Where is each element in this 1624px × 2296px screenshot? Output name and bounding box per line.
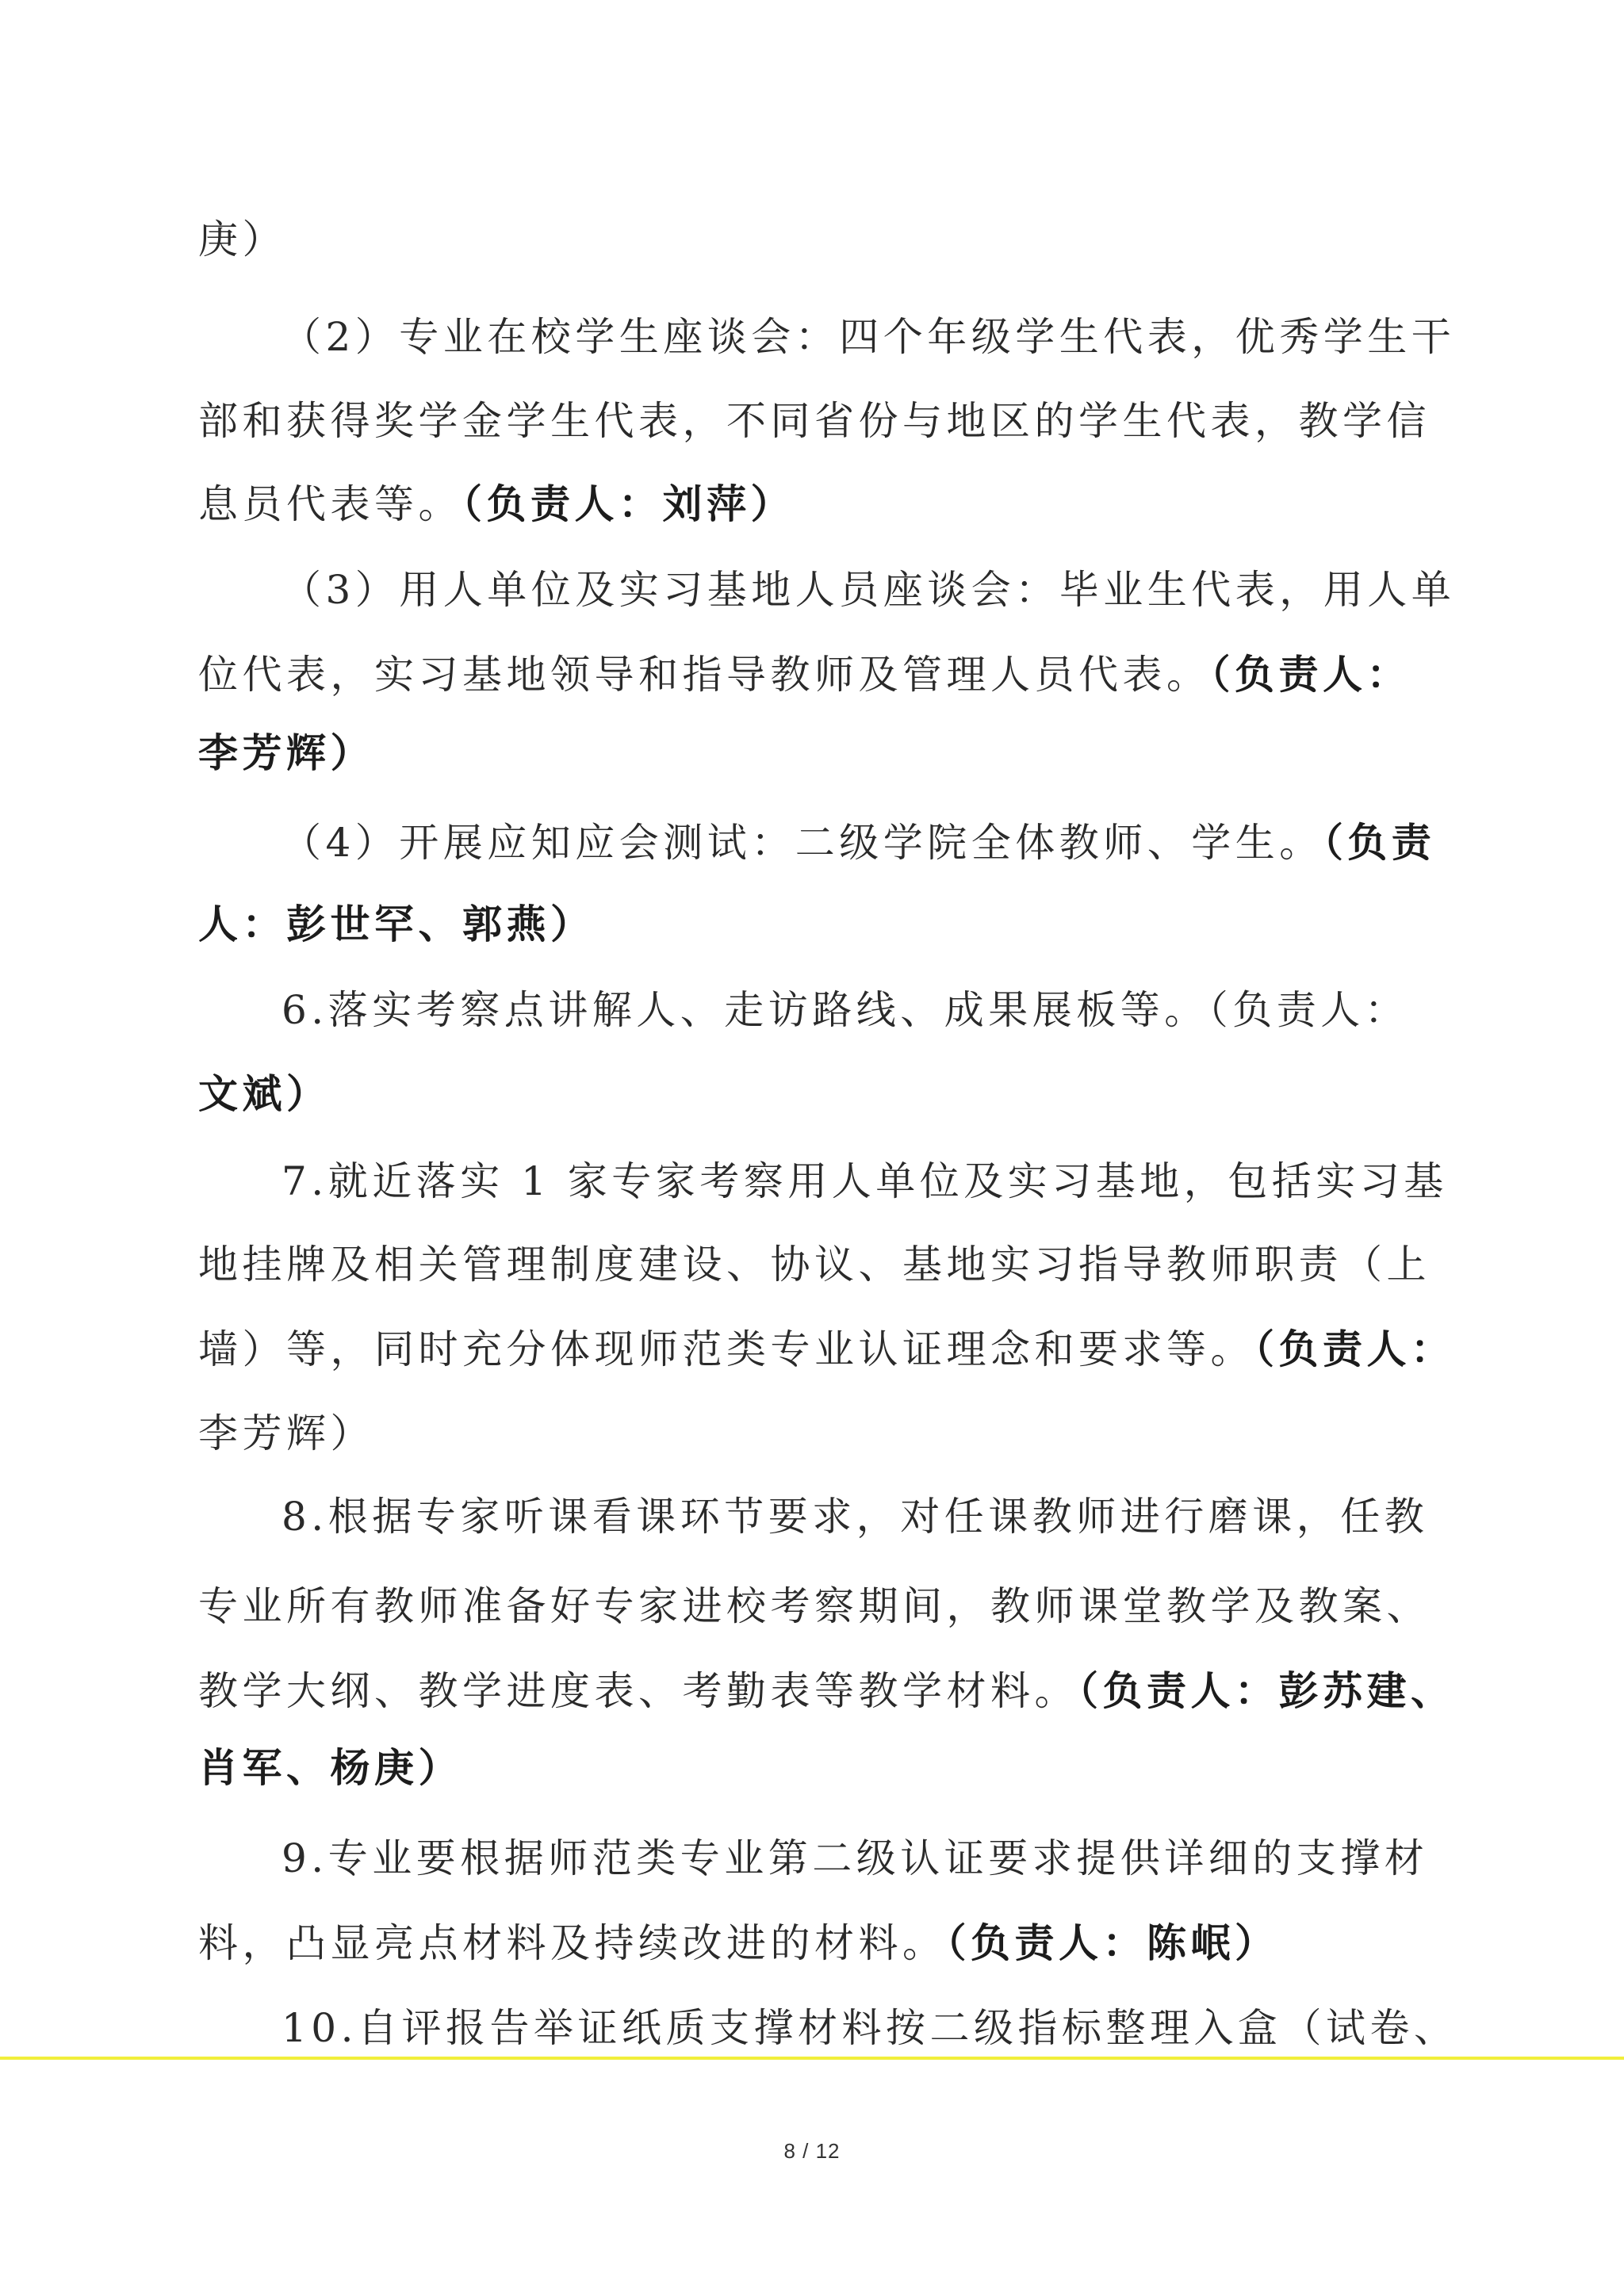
text-line: 肖军、杨庚） (198, 1740, 1467, 1796)
text-line-plain: 部和获得奖学金学生代表，不同省份与地区的学生代表，教学信 (198, 398, 1431, 444)
text-line-plain: 9.专业要根据师范类专业第二级认证要求提供详细的支撑材 (282, 1835, 1428, 1881)
responsible-person: （负责人： (1211, 652, 1411, 698)
responsible-person: （负责人：刘萍） (462, 481, 795, 527)
text-line-plain: （4）开展应知应会测试：二级学院全体教师、学生。 (282, 820, 1323, 866)
text-line-plain: 专业所有教师准备好专家进校考察期间，教师课堂教学及教案、 (198, 1583, 1431, 1629)
text-line-plain: 10.自评报告举证纸质支撑材料按二级指标整理入盒（试卷、 (282, 2005, 1458, 2051)
text-line-plain: （3）用人单位及实习基地人员座谈会：毕业生代表，用人单 (282, 567, 1455, 613)
text-line: 地挂牌及相关管理制度建设、协议、基地实习指导教师职责（上 (198, 1237, 1467, 1292)
responsible-person: 肖军、杨庚） (198, 1745, 462, 1791)
text-line: 料，凸显亮点材料及持续改进的材料。（负责人：陈岷） (198, 1915, 1467, 1971)
text-line-plain: 李芳辉） (198, 1410, 374, 1456)
scan-edge-line (0, 2057, 1624, 2060)
text-line: 位代表，实习基地领导和指导教师及管理人员代表。（负责人： (198, 647, 1467, 702)
text-line: 文斌） (198, 1066, 1467, 1122)
text-line: 李芳辉） (198, 1406, 1467, 1461)
text-line-plain: 教学大纲、教学进度表、考勤表等教学材料。 (198, 1668, 1078, 1714)
text-line: 7.就近落实 1 家专家考察用人单位及实习基地，包括实习基 (282, 1154, 1550, 1209)
text-line-plain: 墙）等，同时充分体现师范类专业认证理念和要求等。 (198, 1326, 1254, 1372)
text-line: 人：彭世罕、郭燕） (198, 897, 1467, 952)
document-page: 庚）（2）专业在校学生座谈会：四个年级学生代表，优秀学生干部和获得奖学金学生代表… (0, 0, 1624, 2296)
text-line: 10.自评报告举证纸质支撑材料按二级指标整理入盒（试卷、 (282, 2000, 1550, 2056)
text-line: 庚） (198, 212, 1467, 267)
text-line: 部和获得奖学金学生代表，不同省份与地区的学生代表，教学信 (198, 393, 1467, 449)
text-line: 专业所有教师准备好专家进校考察期间，教师课堂教学及教案、 (198, 1578, 1467, 1634)
text-line-plain: 地挂牌及相关管理制度建设、协议、基地实习指导教师职责（上 (198, 1242, 1431, 1288)
responsible-person: （负责人：陈岷） (947, 1920, 1279, 1966)
responsible-person: （负责 (1323, 820, 1436, 866)
text-line: 教学大纲、教学进度表、考勤表等教学材料。（负责人：彭苏建、 (198, 1663, 1467, 1719)
text-line-plain: 7.就近落实 1 家专家考察用人单位及实习基地，包括实习基 (282, 1158, 1448, 1204)
text-line: 8.根据专家听课看课环节要求，对任课教师进行磨课，任教 (282, 1489, 1550, 1544)
page-number: 8 / 12 (0, 2139, 1624, 2164)
text-line: （3）用人单位及实习基地人员座谈会：毕业生代表，用人单 (282, 562, 1550, 618)
text-line-plain: （2）专业在校学生座谈会：四个年级学生代表，优秀学生干 (282, 314, 1455, 360)
text-line: （2）专业在校学生座谈会：四个年级学生代表，优秀学生干 (282, 309, 1550, 365)
text-line: 6.落实考察点讲解人、走访路线、成果展板等。（负责人： (282, 982, 1550, 1038)
text-line-plain: 息员代表等。 (198, 481, 462, 527)
responsible-person: 李芳辉） (198, 730, 374, 776)
responsible-person: （负责人：彭苏建、 (1078, 1668, 1455, 1714)
text-line: 墙）等，同时充分体现师范类专业认证理念和要求等。（负责人： (198, 1322, 1467, 1377)
responsible-person: 人：彭世罕、郭燕） (198, 901, 595, 947)
text-line-plain: 6.落实考察点讲解人、走访路线、成果展板等。（负责人： (282, 987, 1408, 1033)
text-line-plain: 庚） (198, 216, 286, 262)
text-line-plain: 8.根据专家听课看课环节要求，对任课教师进行磨课，任教 (282, 1494, 1428, 1540)
text-line: 李芳辉） (198, 725, 1467, 781)
responsible-person: 文斌） (198, 1071, 331, 1117)
responsible-person: （负责人： (1254, 1326, 1455, 1372)
text-line: 息员代表等。（负责人：刘萍） (198, 476, 1467, 532)
text-line-plain: 料，凸显亮点材料及持续改进的材料。 (198, 1920, 947, 1966)
text-line: （4）开展应知应会测试：二级学院全体教师、学生。（负责 (282, 815, 1550, 871)
text-line-plain: 位代表，实习基地领导和指导教师及管理人员代表。 (198, 652, 1211, 698)
text-line: 9.专业要根据师范类专业第二级认证要求提供详细的支撑材 (282, 1831, 1550, 1886)
